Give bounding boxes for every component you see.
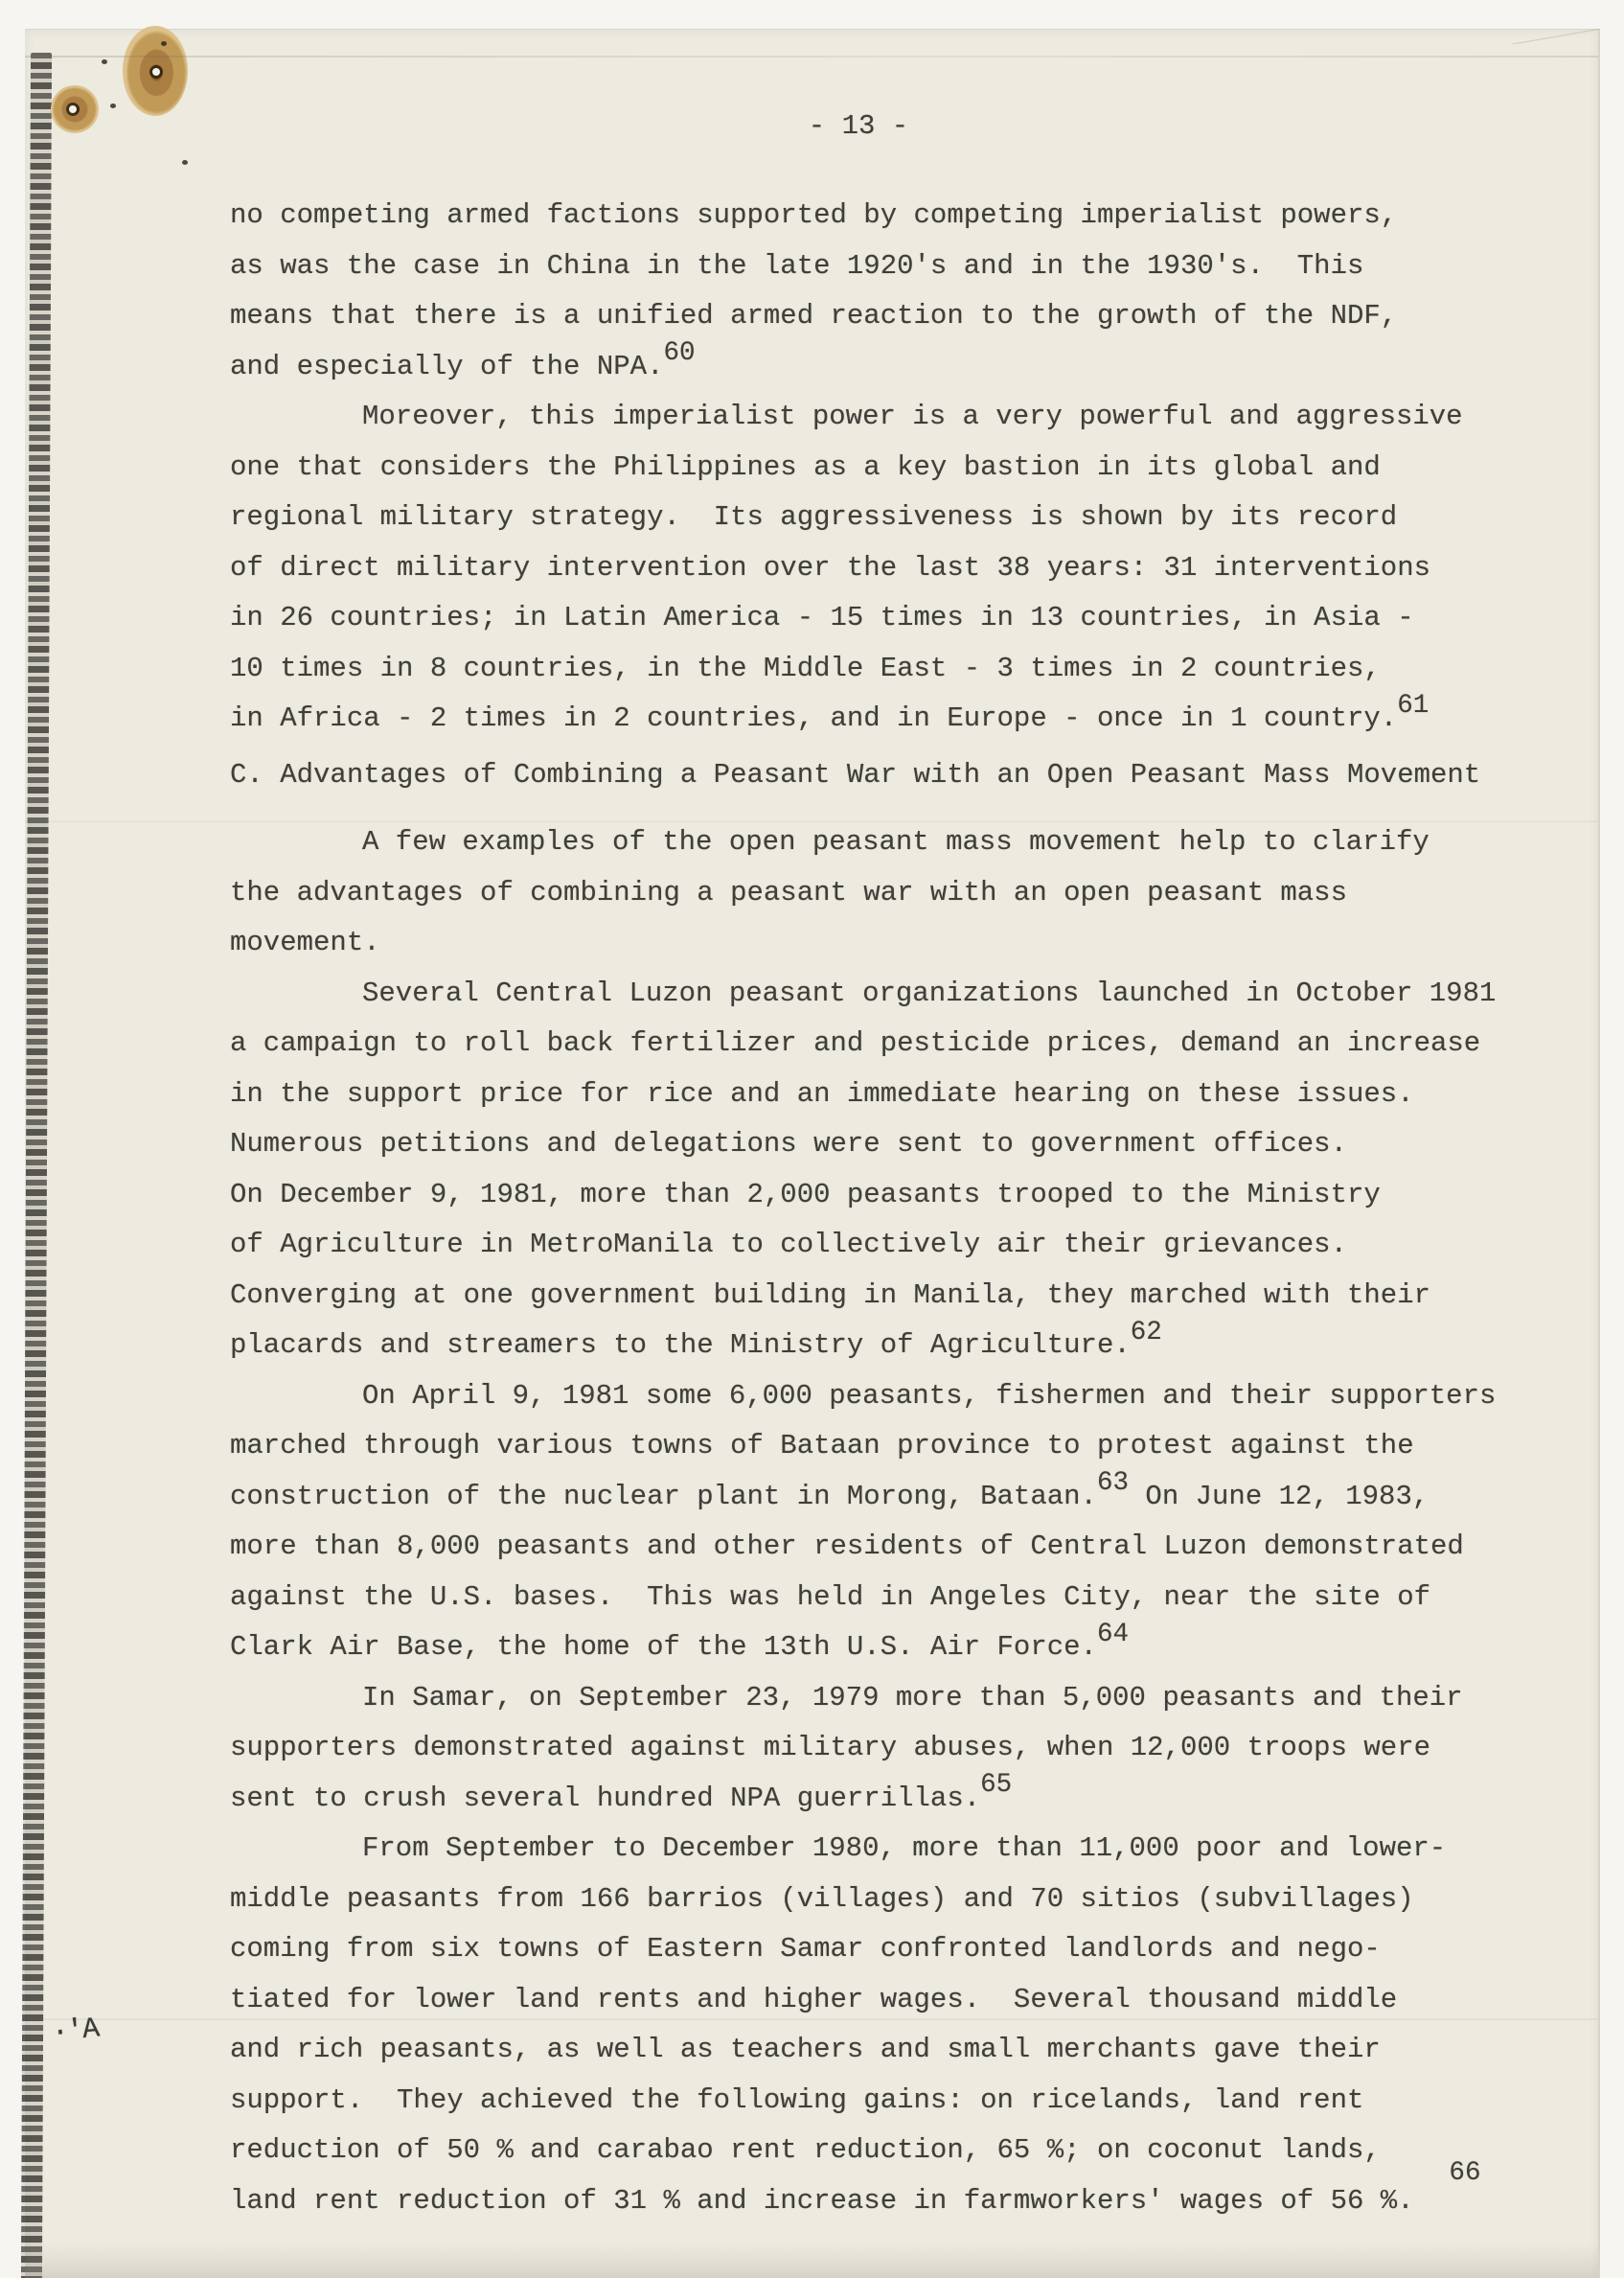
paragraph: A few examples of the open peasant mass … <box>230 817 1520 969</box>
binding-edge <box>21 53 52 2278</box>
text-line: Converging at one government building in… <box>230 1271 1520 1322</box>
paragraph: On April 9, 1981 some 6,000 peasants, fi… <box>230 1371 1520 1673</box>
footnote-marker: 62 <box>1131 1318 1162 1347</box>
text-line: On April 9, 1981 some 6,000 peasants, fi… <box>230 1371 1520 1422</box>
paragraph: Moreover, this imperialist power is a ve… <box>230 392 1520 745</box>
text-line: and especially of the NPA.60 <box>230 342 1520 393</box>
text-line: means that there is a unified armed reac… <box>230 291 1520 342</box>
text-line: as was the case in China in the late 192… <box>230 242 1520 292</box>
text-line: regional military strategy. Its aggressi… <box>230 493 1520 543</box>
ink-speck <box>102 59 107 64</box>
document-text: no competing armed factions supported by… <box>230 191 1520 2226</box>
text-line: against the U.S. bases. This was held in… <box>230 1573 1520 1623</box>
text-line: Numerous petitions and delegations were … <box>230 1119 1520 1170</box>
section-heading: C. Advantages of Combining a Peasant War… <box>230 750 1520 801</box>
ink-speck <box>182 160 188 165</box>
paragraph: no competing armed factions supported by… <box>230 191 1520 392</box>
page-bottom-shadow <box>25 2243 1598 2278</box>
corner-fold <box>1512 29 1600 44</box>
text-line: In Samar, on September 23, 1979 more tha… <box>230 1673 1520 1724</box>
text-line: no competing armed factions supported by… <box>230 191 1520 242</box>
ink-speck <box>110 104 116 108</box>
text-line: placards and streamers to the Ministry o… <box>230 1321 1520 1371</box>
text-line: in Africa - 2 times in 2 countries, and … <box>230 694 1520 745</box>
staple-hole <box>152 68 160 76</box>
handwritten-mark: ·'A <box>50 2013 99 2051</box>
text-line: A few examples of the open peasant mass … <box>230 817 1520 868</box>
ink-speck <box>161 41 167 46</box>
text-line: middle peasants from 166 barrios (villag… <box>230 1875 1520 1925</box>
text-line: in 26 countries; in Latin America - 15 t… <box>230 593 1520 644</box>
text-line: in the support price for rice and an imm… <box>230 1070 1520 1120</box>
text-line: of direct military intervention over the… <box>230 543 1520 594</box>
text-line: Moreover, this imperialist power is a ve… <box>230 392 1520 443</box>
text-line: Clark Air Base, the home of the 13th U.S… <box>230 1622 1520 1673</box>
paragraph: From September to December 1980, more th… <box>230 1824 1520 2226</box>
text-line: of Agriculture in MetroManila to collect… <box>230 1220 1520 1271</box>
text-line: From September to December 1980, more th… <box>230 1824 1520 1875</box>
text-line: tiated for lower land rents and higher w… <box>230 1975 1520 2026</box>
paragraph: In Samar, on September 23, 1979 more tha… <box>230 1673 1520 1825</box>
text-line: supporters demonstrated against military… <box>230 1723 1520 1774</box>
text-line: construction of the nuclear plant in Mor… <box>230 1472 1520 1523</box>
text-line: support. They achieved the following gai… <box>230 2076 1520 2127</box>
page-number: - 13 - <box>696 110 1021 142</box>
text-line: the advantages of combining a peasant wa… <box>230 868 1520 919</box>
text-line: coming from six towns of Eastern Samar c… <box>230 1924 1520 1975</box>
text-line: one that considers the Philippines as a … <box>230 443 1520 494</box>
text-line: reduction of 50 % and carabao rent reduc… <box>230 2126 1520 2176</box>
fold-crease <box>25 56 1598 58</box>
document-page: - 13 - no competing armed factions suppo… <box>25 29 1600 2278</box>
text-line: movement. <box>230 918 1520 969</box>
footnote-marker: 64 <box>1097 1620 1129 1649</box>
text-line: marched through various towns of Bataan … <box>230 1421 1520 1472</box>
text-line: a campaign to roll back fertilizer and p… <box>230 1019 1520 1070</box>
text-line: Several Central Luzon peasant organizati… <box>230 969 1520 1020</box>
scanned-page-background: - 13 - no competing armed factions suppo… <box>0 0 1624 2278</box>
text-line: more than 8,000 peasants and other resid… <box>230 1522 1520 1573</box>
footnote-marker: 65 <box>980 1770 1012 1800</box>
paragraph: Several Central Luzon peasant organizati… <box>230 969 1520 1371</box>
footnote-marker: 66 <box>1449 2158 1480 2188</box>
footnote-marker: 60 <box>663 338 695 368</box>
footnote-marker: 63 <box>1097 1468 1129 1498</box>
text-line: On December 9, 1981, more than 2,000 pea… <box>230 1170 1520 1221</box>
text-line: sent to crush several hundred NPA guerri… <box>230 1774 1520 1825</box>
text-line: C. Advantages of Combining a Peasant War… <box>230 750 1520 801</box>
text-line: and rich peasants, as well as teachers a… <box>230 2025 1520 2076</box>
staple-hole <box>69 105 77 113</box>
text-line: 10 times in 8 countries, in the Middle E… <box>230 644 1520 695</box>
text-line: land rent reduction of 31 % and increase… <box>230 2176 1520 2227</box>
footnote-marker: 61 <box>1397 691 1429 721</box>
